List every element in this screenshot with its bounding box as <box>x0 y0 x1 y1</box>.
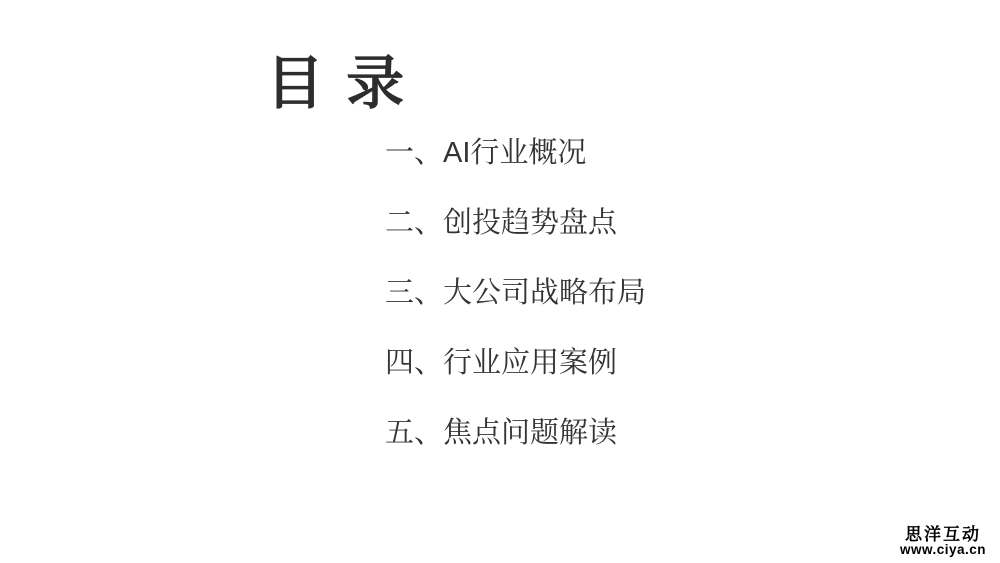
toc-item-1-label: AI行业概况 <box>443 136 586 170</box>
toc-item-2-label: 创投趋势盘点 <box>443 206 617 240</box>
toc-item-1-number: 一、 <box>385 136 443 170</box>
toc-item-4: 四、行业应用案例 <box>385 346 646 380</box>
toc-item-2-number: 二、 <box>385 206 443 240</box>
toc-item-3-label: 大公司战略布局 <box>443 276 646 310</box>
watermark-brand: 思洋互动 <box>900 526 986 543</box>
toc-item-3: 三、大公司战略布局 <box>385 276 646 310</box>
toc-item-2: 二、创投趋势盘点 <box>385 206 646 240</box>
toc-item-3-number: 三、 <box>385 276 443 310</box>
toc-item-4-label: 行业应用案例 <box>443 346 617 380</box>
toc-item-1: 一、AI行业概况 <box>385 136 646 170</box>
watermark-url: www.ciya.cn <box>900 543 986 557</box>
toc-item-4-number: 四、 <box>385 346 443 380</box>
page-title: 目 录 <box>266 52 407 116</box>
toc-item-5-label: 焦点问题解读 <box>443 416 617 450</box>
watermark: 思洋互动 www.ciya.cn <box>900 526 986 557</box>
toc-slide: 目 录 一、AI行业概况 二、创投趋势盘点 三、大公司战略布局 四、行业应用案例… <box>0 0 1000 563</box>
toc-list: 一、AI行业概况 二、创投趋势盘点 三、大公司战略布局 四、行业应用案例 五、焦… <box>385 136 646 450</box>
toc-item-5-number: 五、 <box>385 416 443 450</box>
toc-item-5: 五、焦点问题解读 <box>385 416 646 450</box>
